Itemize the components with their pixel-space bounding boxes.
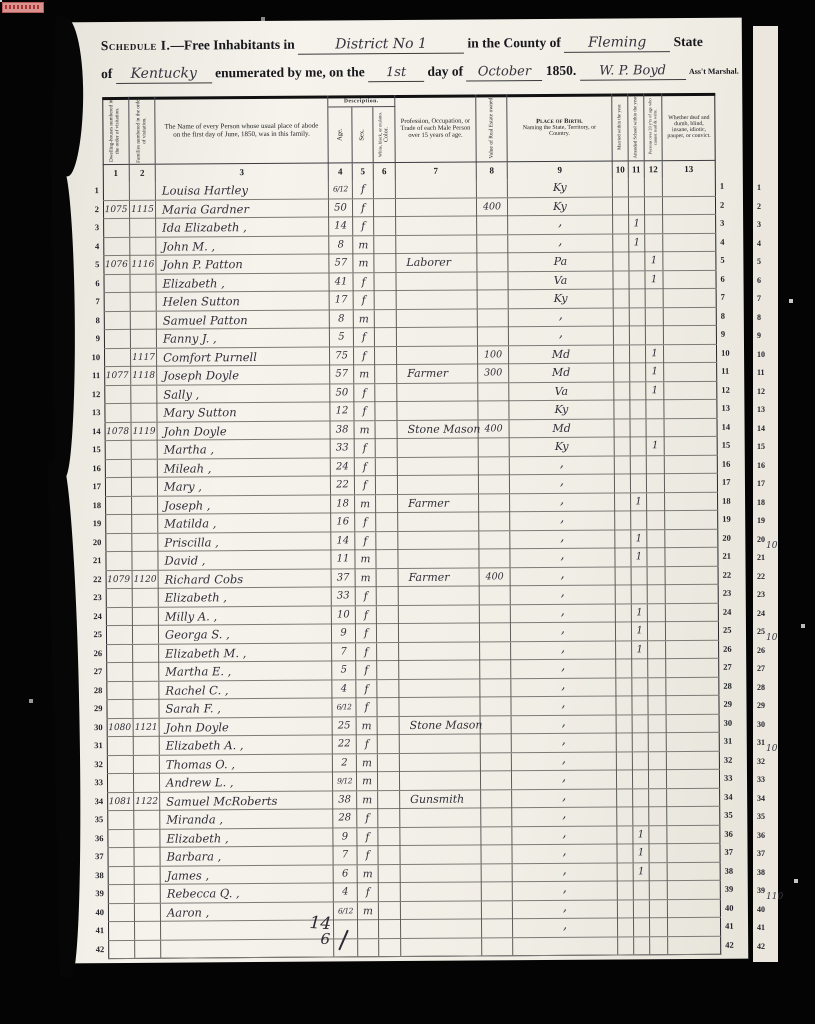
cell-sex: f (354, 291, 375, 309)
cell-sex: m (357, 754, 378, 772)
cell-cannot-read-write (649, 807, 667, 825)
adjacent-row-number: 24 (757, 609, 771, 618)
cell-married-in-year (614, 363, 630, 381)
cell-person-name: Louisa Hartley (156, 181, 329, 200)
cell-real-estate-value: 300 (478, 364, 509, 382)
cell-real-estate-value (478, 401, 509, 419)
cell-dwelling-number (104, 330, 131, 348)
right-row-number: 41 (725, 921, 741, 931)
col-header-value-label: Value of Real Estate owned. (488, 97, 495, 159)
cell-dwelling-number: 1077 (104, 367, 131, 385)
adjacent-row-number: 26 (757, 646, 771, 655)
right-row-number: 11 (721, 366, 737, 376)
right-row-number: 19 (722, 514, 738, 524)
cell-color (376, 476, 398, 494)
adjacent-row-number: 36 (757, 831, 771, 840)
cell-dwelling-number (105, 515, 132, 533)
cell-family-number (135, 866, 161, 884)
cell-attended-school (631, 437, 647, 455)
cell-birthplace: , (511, 660, 616, 679)
left-row-number: 31 (85, 740, 103, 750)
left-row-number: 24 (84, 611, 102, 621)
left-row-number: 32 (85, 759, 103, 769)
adjacent-row-number: 22 (757, 572, 771, 581)
cell-age: 6 (334, 865, 358, 883)
cell-married-in-year (615, 456, 631, 474)
cell-age: 18 (331, 495, 355, 513)
cell-person-name: Andrew L. , (160, 773, 333, 792)
right-row-number: 2 (720, 199, 736, 209)
free-inhabitants-label: —Free Inhabitants in (170, 37, 294, 53)
cell-family-number: 1121 (134, 718, 160, 736)
adjacent-row-number: 12 (757, 387, 771, 396)
cell-real-estate-value (479, 438, 510, 456)
left-row-number: 18 (83, 500, 101, 510)
scan-edge-artifact (47, 462, 86, 977)
cell-real-estate-value (478, 309, 509, 327)
cell-family-number (134, 737, 160, 755)
cell-family-number: 1115 (130, 200, 156, 218)
adjacent-row-number: 30 (757, 720, 771, 729)
adjacent-row-number: 28 (757, 683, 771, 692)
cell-person-name: Elizabeth A. , (160, 736, 333, 755)
col-num-9: 9 (508, 162, 613, 180)
cell-real-estate-value (481, 808, 512, 826)
cell-deaf-dumb-etc (664, 326, 716, 344)
cell-color (375, 347, 397, 365)
cell-birthplace: Va (508, 271, 613, 290)
cell-family-number (131, 385, 157, 403)
cell-birthplace: , (510, 512, 615, 531)
cell-married-in-year (618, 918, 634, 936)
cell-family-number (131, 404, 157, 422)
cell-attended-school: 1 (633, 844, 649, 862)
cell-occupation (400, 734, 481, 753)
cell-occupation: Stone Mason (398, 420, 479, 439)
cell-occupation (400, 845, 481, 864)
cell-occupation (401, 938, 482, 956)
cell-sex: f (355, 532, 376, 550)
cell-occupation (399, 623, 480, 642)
cell-real-estate-value (477, 272, 508, 290)
adjacent-row-number: 27 (757, 664, 771, 673)
cell-sex: m (358, 865, 379, 883)
cell-sex (358, 920, 379, 938)
cell-sex: f (356, 624, 377, 642)
cell-occupation (401, 882, 482, 901)
marshal-signature: W. P. Boyd (580, 63, 686, 81)
right-row-number: 26 (723, 643, 739, 653)
col-header-dwelling-label: Dwelling-houses numbered in the order of… (109, 97, 121, 164)
cell-occupation: Stone Mason (400, 716, 481, 735)
cell-age: 28 (333, 809, 357, 827)
cell-married-in-year (616, 678, 632, 696)
col-header-profession-label: Profession, Occupation, or Trade of each… (399, 118, 471, 140)
cell-age: 12 (330, 402, 354, 420)
cell-attended-school (633, 807, 649, 825)
cell-color (377, 606, 399, 624)
cell-attended-school: 1 (634, 863, 650, 881)
cell-dwelling-number: 1075 (103, 200, 130, 218)
cell-deaf-dumb-etc (666, 603, 718, 621)
cell-dwelling-number: 1076 (103, 256, 130, 274)
cell-real-estate-value (479, 549, 510, 567)
adjacent-handwritten-fragment: 10 (766, 541, 777, 551)
cell-family-number (131, 311, 157, 329)
left-row-number: 30 (85, 722, 103, 732)
cell-real-estate-value (480, 586, 511, 604)
adjacent-row-number: 16 (757, 461, 771, 470)
cell-birthplace: , (509, 327, 614, 346)
cell-person-name: Sally , (157, 384, 330, 403)
col-header-married: Married within the year. (612, 93, 628, 160)
cell-birthplace: , (511, 623, 616, 642)
cell-birthplace: , (512, 752, 617, 771)
adjacent-row-number: 11 (757, 368, 771, 377)
col-header-cannot-read-label: Persons over 20 y'rs of age who cannot r… (648, 93, 659, 160)
cell-person-name: Priscilla , (158, 532, 331, 551)
cell-family-number (133, 663, 159, 681)
cell-sex: f (356, 587, 377, 605)
cell-family-number: 1117 (131, 348, 157, 366)
cell-person-name: Joseph Doyle (157, 366, 330, 385)
cell-color (377, 587, 399, 605)
cell-deaf-dumb-etc (665, 529, 717, 547)
adjacent-row-number: 34 (757, 794, 771, 803)
col-header-age-label: Age. (336, 129, 344, 142)
cell-attended-school (634, 937, 650, 955)
cell-cannot-read-write (647, 474, 665, 492)
cell-married-in-year (616, 696, 632, 714)
cell-sex: f (354, 384, 375, 402)
adjacent-handwritten-fragment: 10 (766, 744, 777, 754)
cell-age: 50 (329, 199, 353, 217)
cell-sex: f (353, 180, 374, 198)
cell-deaf-dumb-etc (664, 307, 716, 325)
adjacent-row-number: 32 (757, 757, 771, 766)
cell-sex: f (357, 846, 378, 864)
right-row-number: 21 (722, 551, 738, 561)
cell-attended-school (634, 918, 650, 936)
cell-dwelling-number (106, 663, 133, 681)
left-row-number: 42 (86, 944, 104, 954)
cell-birthplace: , (511, 641, 616, 660)
county-entry: Fleming (564, 34, 670, 53)
cell-attended-school (629, 197, 645, 215)
cell-deaf-dumb-etc (665, 418, 717, 436)
left-row-number: 25 (84, 629, 102, 639)
cell-age: 6/12 (332, 698, 356, 716)
cell-person-name: Miranda , (160, 810, 333, 829)
cell-real-estate-value (480, 642, 511, 660)
cell-real-estate-value: 400 (477, 198, 508, 216)
cell-occupation (401, 864, 482, 883)
col-num-4: 4 (329, 163, 353, 180)
adjacent-row-number: 9 (757, 331, 771, 340)
cell-attended-school (629, 271, 645, 289)
cell-deaf-dumb-etc (666, 640, 718, 658)
cell-birthplace: , (510, 456, 615, 475)
marshal-title: Ass't Marshal. (689, 67, 739, 76)
bottom-handwritten-note: 14 6 (308, 913, 332, 948)
cell-color (375, 365, 397, 383)
scan-noise-specks (0, 0, 2, 2)
enumerated-label: enumerated by me, on the (215, 64, 365, 80)
adjacent-row-number: 5 (757, 257, 771, 266)
cell-deaf-dumb-etc (663, 215, 715, 233)
cell-cannot-read-write (647, 493, 665, 511)
cell-color (379, 865, 401, 883)
cell-birthplace: , (513, 900, 618, 919)
col-header-deaf-dumb: Whether deaf and dumb, blind, insane, id… (662, 93, 715, 160)
cell-sex: f (353, 199, 374, 217)
cell-birthplace: Ky (508, 179, 613, 198)
cell-deaf-dumb-etc (666, 566, 718, 584)
cell-birthplace: , (512, 734, 617, 753)
cell-person-name: John M. , (156, 236, 329, 255)
cell-deaf-dumb-etc (667, 770, 719, 788)
cell-dwelling-number (107, 737, 134, 755)
cell-dwelling-number (105, 496, 132, 514)
cell-occupation (398, 475, 479, 494)
left-row-number: 2 (81, 204, 99, 214)
heading-line-2: of Kentucky enumerated by me, on the 1st… (101, 62, 739, 84)
cell-attended-school (632, 659, 648, 677)
district-entry: District No 1 (298, 36, 464, 55)
cell-age: 33 (332, 587, 356, 605)
cell-cannot-read-write (648, 641, 666, 659)
cell-person-name: Thomas O. , (160, 754, 333, 773)
cell-age: 5 (332, 661, 356, 679)
cell-sex: f (356, 606, 377, 624)
cell-married-in-year (618, 863, 634, 881)
cell-sex: m (357, 772, 378, 790)
cell-age: 57 (329, 254, 353, 272)
cell-family-number (132, 441, 158, 459)
cell-person-name: Richard Cobs (159, 569, 332, 588)
cell-person-name: Mary , (158, 477, 331, 496)
col-num-3: 3 (156, 164, 329, 182)
right-row-number: 24 (723, 606, 739, 616)
cell-attended-school (633, 770, 649, 788)
cell-real-estate-value (481, 827, 512, 845)
cell-cannot-read-write (648, 659, 666, 677)
cell-cannot-read-write (647, 511, 665, 529)
cell-real-estate-value: 400 (480, 568, 511, 586)
cell-color (374, 217, 396, 235)
cell-married-in-year (614, 308, 630, 326)
right-row-number: 12 (721, 384, 737, 394)
cell-person-name: John Doyle (158, 421, 331, 440)
cell-birthplace: , (513, 863, 618, 882)
cell-family-number (132, 478, 158, 496)
col-header-sex-label: Sex. (359, 129, 367, 140)
cell-color (375, 328, 397, 346)
cell-color (378, 828, 400, 846)
cell-dwelling-number (105, 552, 132, 570)
cell-real-estate-value (479, 475, 510, 493)
cell-family-number (132, 533, 158, 551)
cell-real-estate-value (482, 882, 513, 900)
cell-age: 7 (332, 643, 356, 661)
cell-sex: f (356, 661, 377, 679)
cell-person-name: Joseph , (158, 495, 331, 514)
cell-married-in-year (614, 289, 630, 307)
cell-married-in-year (618, 900, 634, 918)
cell-sex: m (354, 365, 375, 383)
cell-family-number: 1118 (131, 367, 157, 385)
cell-deaf-dumb-etc (667, 825, 719, 843)
cell-sex: f (354, 402, 375, 420)
cell-occupation (400, 753, 481, 772)
cell-married-in-year (616, 659, 632, 677)
cell-sex: m (355, 495, 376, 513)
cell-occupation (400, 771, 481, 790)
cell-color (378, 754, 400, 772)
cell-cannot-read-write (648, 604, 666, 622)
cell-age: 33 (331, 439, 355, 457)
left-row-number: 15 (83, 444, 101, 454)
cell-attended-school (630, 345, 646, 363)
adjacent-row-number: 33 (757, 775, 771, 784)
cell-cannot-read-write (646, 400, 664, 418)
cell-person-name: John Doyle (160, 717, 333, 736)
cell-family-number (134, 774, 160, 792)
day-entry: 1st (368, 65, 424, 82)
adjacent-row-number: 37 (757, 849, 771, 858)
cell-age: 57 (330, 365, 354, 383)
left-row-number: 41 (86, 925, 104, 935)
cell-age: 9 (333, 828, 357, 846)
cell-color (375, 384, 397, 402)
cell-married-in-year (616, 622, 632, 640)
of-word: of (101, 66, 112, 81)
adjacent-handwritten-fragment: 110 (766, 892, 783, 902)
cell-deaf-dumb-etc (664, 344, 716, 362)
cell-real-estate-value (482, 864, 513, 882)
cell-sex: m (356, 569, 377, 587)
cell-sex: f (356, 643, 377, 661)
cell-deaf-dumb-etc (665, 511, 717, 529)
cell-birthplace: Md (510, 419, 615, 438)
cell-married-in-year (614, 400, 630, 418)
cell-cannot-read-write (645, 197, 663, 215)
cell-deaf-dumb-etc (665, 437, 717, 455)
cell-cannot-read-write (648, 678, 666, 696)
cell-dwelling-number (105, 478, 132, 496)
cell-attended-school (631, 456, 647, 474)
cell-deaf-dumb-etc (666, 677, 718, 695)
cell-real-estate-value (477, 253, 508, 271)
cell-cannot-read-write (650, 937, 668, 955)
cell-married-in-year (617, 807, 633, 825)
col-header-name: The Name of every Person whose usual pla… (155, 96, 328, 164)
right-row-number: 29 (723, 699, 739, 709)
cell-dwelling-number (108, 922, 135, 940)
cell-person-name: Fanny J. , (157, 329, 330, 348)
right-row-number: 17 (722, 477, 738, 487)
cell-age: 37 (332, 569, 356, 587)
cell-cannot-read-write (649, 733, 667, 751)
cell-family-number (134, 829, 160, 847)
cell-birthplace: Pa (508, 253, 613, 272)
cell-color (376, 439, 398, 457)
cell-cannot-read-write (650, 881, 668, 899)
cell-family-number (135, 940, 161, 958)
cell-deaf-dumb-etc (667, 788, 719, 806)
cell-attended-school (633, 715, 649, 733)
cell-married-in-year (613, 252, 629, 270)
cell-dwelling-number (107, 848, 134, 866)
cell-married-in-year (617, 789, 633, 807)
cell-age: 75 (330, 347, 354, 365)
adjacent-row-number: 35 (757, 812, 771, 821)
right-row-number: 20 (722, 532, 738, 542)
cell-family-number (133, 607, 159, 625)
cell-occupation (400, 808, 481, 827)
right-row-number: 31 (724, 736, 740, 746)
cell-cannot-read-write (646, 289, 664, 307)
adjacent-page-edge (753, 26, 778, 962)
cell-age: 17 (330, 291, 354, 309)
cell-real-estate-value (479, 531, 510, 549)
adjacent-row-number: 18 (757, 498, 771, 507)
cell-person-name: Elizabeth , (160, 828, 333, 847)
left-row-number: 13 (82, 407, 100, 417)
cell-family-number (132, 496, 158, 514)
cell-birthplace: , (511, 678, 616, 697)
cell-family-number (133, 681, 159, 699)
cell-married-in-year (616, 604, 632, 622)
cell-color (378, 717, 400, 735)
cell-sex: m (354, 310, 375, 328)
adjacent-row-number: 23 (757, 590, 771, 599)
cell-real-estate-value (481, 716, 512, 734)
cell-color (378, 735, 400, 753)
cell-cannot-read-write (650, 918, 668, 936)
left-row-number: 12 (82, 389, 100, 399)
cell-attended-school (631, 511, 647, 529)
right-row-number: 33 (724, 773, 740, 783)
cell-family-number (134, 848, 160, 866)
cell-age: 38 (333, 791, 357, 809)
cell-family-number: 1120 (133, 570, 159, 588)
cell-age: 16 (331, 513, 355, 531)
cell-real-estate-value (480, 697, 511, 715)
cell-person-name: Maria Gardner (156, 199, 329, 218)
cell-attended-school: 1 (631, 493, 647, 511)
cell-color (378, 809, 400, 827)
cell-real-estate-value: 100 (478, 346, 509, 364)
cell-attended-school (633, 733, 649, 751)
cell-sex: m (357, 717, 378, 735)
cell-age: 5 (330, 328, 354, 346)
cell-birthplace: , (512, 845, 617, 864)
cell-occupation (398, 512, 479, 531)
cell-sex: f (357, 828, 378, 846)
cell-color (377, 643, 399, 661)
cell-person-name: Milly A. , (159, 606, 332, 625)
cell-birthplace: , (511, 567, 616, 586)
cell-family-number (135, 885, 161, 903)
cell-color (378, 772, 400, 790)
col-header-birthplace-note: Naming the State, Territory, or Country. (513, 125, 605, 138)
cell-age: 38 (331, 421, 355, 439)
left-row-number: 5 (81, 259, 99, 269)
cell-occupation (396, 235, 477, 254)
cell-color (379, 920, 401, 938)
left-row-number: 21 (83, 555, 101, 565)
